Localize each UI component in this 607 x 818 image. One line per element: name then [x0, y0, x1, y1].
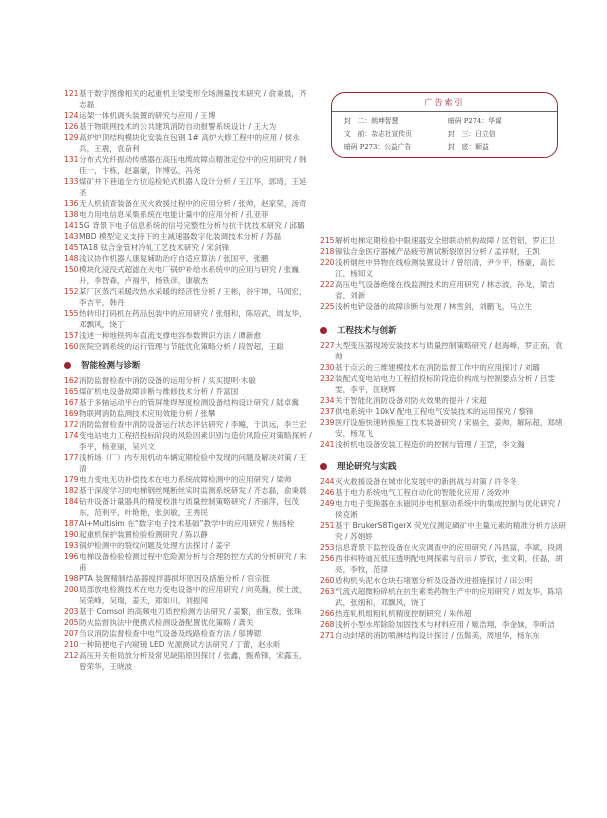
article-title-authors: 医疗设施快速转换施工技术装备研究 / 宋福全，姜帅，解际超，郑绪安，杨龙飞 [335, 418, 563, 438]
page-number: 148 [64, 253, 79, 264]
page-number: 239 [320, 417, 335, 428]
bullet-dot-icon [64, 362, 71, 369]
article-title-authors: 煤矿机电设备故障诊断与维修技术分析 / 乔富国 [79, 387, 238, 396]
toc-entry[interactable]: 220浅析烟丝中异物在线检测装置设计 / 曾绍清，尹少平，杨豪，高长江，杨知义 [320, 257, 570, 279]
section-title: 智能检测与诊断 [81, 359, 141, 371]
page-number: 215 [320, 235, 335, 246]
article-title-authors: 医院空调系统的运行管理与节能优化策略分析 / 段智超，王聪 [79, 342, 284, 351]
toc-entry[interactable]: 162消防监督检查中消防设备的运用分析 / 买买提明·木敏 [64, 375, 314, 386]
article-title-authors: 某厂区蒸汽采暖改热水采暖的经济性分析 / 王彬，谷宇坤，马闻宏，李吉平，韩丹 [79, 287, 307, 307]
article-title-authors: 煤矿井下巷道全方位巡检轮式机器人设计分析 / 王江华，郭琦，王延圣 [79, 177, 307, 197]
article-title-authors: 热转印打码机在药品包装中的应用研究 / 张细和，陈培武，周友华，邓飘风，饶丁 [79, 309, 307, 329]
section-title: 工程技术与创新 [337, 324, 397, 336]
page-number: 263 [320, 586, 335, 597]
toc-group: 227大型变压器现场安装技术与质量控制策略研究 / 赵海峰，罗正南，袁帅230基… [320, 340, 570, 450]
toc-group: 215解析电梯定期检验中限速器安全钳联动机构故障 / 匡哲铝，罗正卫218镍钛合… [320, 235, 570, 312]
toc-entry[interactable]: 136无人机侦查装备在灭火救援过程中的应用分析 / 张帅，赵家荣，汤奇 [64, 198, 314, 209]
ad-item: 暗码 P274：华谋 [448, 115, 548, 127]
toc-entry[interactable]: 271自动封堵的消防喷淋结构设计探讨 / 伍鬓美，周旭华，杨东东 [320, 630, 570, 641]
toc-entry[interactable]: 212高压开关柜局放分析及常见缺陷原因探讨 / 张鑫，甄希锋，宋露玉，曾荣华，王… [64, 650, 314, 672]
article-title-authors: 分布式光纤振动传感器在高压电缆故障点精准定位中的应用研究 / 韩佳一，卞栋，赵嘉… [79, 155, 307, 175]
toc-entry[interactable]: 121基于数字图像相关的起重机主梁变形全场测量技术研究 / 俞秉晨，齐志磊 [64, 88, 314, 110]
page-number: 256 [320, 553, 335, 564]
article-title-authors: 电力用电信息采集系统在电能计量中的应用分析 / 孔亚菲 [79, 210, 269, 219]
toc-entry[interactable]: 157浅述一种地铁列车直流支撑电容参数辨识方法 / 谭新愈 [64, 330, 314, 341]
article-title-authors: 供电系统中 10kV 配电工程电气安装技术的运用探究 / 黎锋 [335, 407, 534, 416]
article-title-authors: 自动封堵的消防喷淋结构设计探讨 / 伍鬓美，周旭华，杨东东 [335, 631, 540, 640]
page-number: 241 [320, 439, 335, 450]
toc-group: 162消防监督检查中消防设备的运用分析 / 买买提明·木敏165煤矿机电设备故障… [64, 375, 314, 672]
page-number: 172 [64, 419, 79, 430]
article-title-authors: 浅议协作机器人康复辅助治疗自适应算法 / 张国平，张鹏 [79, 254, 269, 263]
toc-entry[interactable]: 129高炉炉顶结构模块化安装在包钢 1# 高炉大修工程中的应用 / 侯永兵，王震… [64, 132, 314, 154]
page-number: 179 [64, 474, 79, 485]
toc-entry[interactable]: 251基于 BrukerS8TigerX 荧光仪测定磷矿中主量元素的精准分析方法… [320, 520, 570, 542]
ad-item: 文 前：杂志社宣传页 [344, 128, 448, 140]
page-number: 227 [320, 340, 335, 351]
toc-entry[interactable]: 190起重机保护装置检验检测研究 / 陈以静 [64, 529, 314, 540]
page-number: 246 [320, 487, 335, 498]
article-title-authors: 盾构机头泥水仓块石堵塞分析及设备改进措施探讨 / 田公明 [335, 576, 532, 585]
toc-entry[interactable]: 222高压电气设备绝缘在线监测技术的应用研究 / 林志波，孙龙，梁吉省，刘新 [320, 279, 570, 301]
toc-left-column: 121基于数字图像相关的起重机主梁变形全场测量技术研究 / 俞秉晨，齐志磊124… [64, 88, 314, 672]
toc-entry[interactable]: 152某厂区蒸汽采暖改热水采暖的经济性分析 / 王彬，谷宇坤，马闻宏，李吉平，韩… [64, 286, 314, 308]
toc-entry[interactable]: 187AI+Multisim 在“数字电子技术基础”教学中的应用研究 / 焦扬栓 [64, 518, 314, 529]
toc-entry[interactable]: 230基于点云的三维建模技术在消防监督工作中的应用探讨 / 刘璐 [320, 362, 570, 373]
page-number: 155 [64, 308, 79, 319]
article-title-authors: 气流式超微粉碎机在抗生素类药物生产中的应用研究 / 周友华，陈培武，张细和，邓飘… [335, 587, 563, 607]
page-number: 244 [320, 476, 335, 487]
toc-entry[interactable]: 182基于深度学习的电梯钢丝绳断丝实时监测系统研发 / 齐志磊，俞秉晨 [64, 485, 314, 496]
toc-entry[interactable]: 155热转印打码机在药品包装中的应用研究 / 张细和，陈培武，周友华，邓飘风，饶… [64, 308, 314, 330]
page-number: 143 [64, 231, 79, 242]
page-number: 249 [320, 498, 335, 509]
toc-entry[interactable]: 143MBD 模型定义支持下的主减速器数字化装调技术分析 / 苏磊 [64, 231, 314, 242]
toc-entry[interactable]: 241浅析机电设备安装工程造价的控制与管理 / 王罡，李文瀚 [320, 439, 570, 450]
page-number: 145 [64, 242, 79, 253]
ad-item: 封 三：日立信 [448, 128, 548, 140]
article-title-authors: 高炉炉顶结构模块化安装在包钢 1# 高炉大修工程中的应用 / 侯永兵，王震，袁奋… [79, 133, 300, 153]
toc-entry[interactable]: 196电梯设备检验检测过程中危险源分析与合理防控方式的分析研究 / 朱甫 [64, 551, 314, 573]
article-title-authors: 浅析机电设备安装工程造价的控制与管理 / 王罡，李文瀚 [335, 440, 525, 449]
toc-entry[interactable]: 131分布式光纤振动传感器在高压电缆故障点精准定位中的应用研究 / 韩佳一，卞栋… [64, 154, 314, 176]
toc-entry[interactable]: 200局部放电检测技术在电力变电设备中的应用研究 / 向英瀚，侯士波，吴荣峰，吴… [64, 584, 314, 606]
article-title-authors: 电梯设备检验检测过程中危险源分析与合理防控方式的分析研究 / 朱甫 [79, 552, 307, 572]
bullet-dot-icon [320, 463, 327, 470]
toc-entry[interactable]: 150模块化浸没式超滤在火电厂锅炉补给水系统中的应用与研究 / 张巍升，李智森，… [64, 264, 314, 286]
toc-entry[interactable]: 234关于智能化消防设备对防火效果的提升 / 宋超 [320, 395, 570, 406]
page-number: 232 [320, 373, 335, 384]
toc-entry[interactable]: 184钻井设备计量器具的精度校准与质量控制策略研究 / 齐丽萍，包茂东，范利平，… [64, 496, 314, 518]
section-heading-theory: 理论研究与实践 [320, 460, 570, 472]
page-number: 169 [64, 408, 79, 419]
page-number: 203 [64, 606, 79, 617]
article-title-authors: 消防监督检查中消防设备的运用分析 / 买买提明·木敏 [79, 376, 256, 385]
article-title-authors: 起重机保护装置检验检测研究 / 陈以静 [79, 530, 208, 539]
page-number: 126 [64, 121, 79, 132]
page-number: 198 [64, 573, 79, 584]
article-title-authors: 运架一体机调头装置的研究与应用 / 王博 [79, 111, 215, 120]
page-number: 150 [64, 264, 79, 275]
ad-index-grid: 封 二：朗坤智慧 暗码 P274：华谋 文 前：杂志社宣传页 封 三：日立信 暗… [332, 112, 557, 153]
article-title-authors: 高压开关柜局放分析及常见缺陷原因探讨 / 张鑫，甄希锋，宋露玉，曾荣华，王晓波 [79, 651, 307, 671]
toc-entry[interactable]: 237供电系统中 10kV 配电工程电气安装技术的运用探究 / 黎锋 [320, 406, 570, 417]
article-title-authors: 浅析场（厂）内专用机动车辆定期检验中发现的问题及解决对策 / 王清 [79, 453, 307, 473]
article-title-authors: 5G 背景下电子信息系统的信号完整性分析与抗干扰技术研究 / 邱璐 [79, 221, 305, 230]
page-number: 251 [320, 520, 335, 531]
toc-entry[interactable]: 268浅析小型水库除险加固技术与材料应用 / 姬浩翔，李金妹，李昕洁 [320, 619, 570, 630]
toc-entry[interactable]: 207刍议消防监督检查中电气设备及线路检查方法 / 邬博锶 [64, 628, 314, 639]
toc-entry[interactable]: 244灭火救援设备在城市化发展中的新挑战与对策 / 许冬冬 [320, 476, 570, 487]
toc-entry[interactable]: 172消防监督检查中消防设备运行状态评估研究 / 李飚，于洪远，李兰宏 [64, 419, 314, 430]
article-title-authors: 西非科特迪瓦低压透明配电网探索与启示 / 罗钦，张文莉，任磊，胡亮，李牧，范律 [335, 554, 563, 574]
ad-item: 暗码 P273：公益广告 [344, 141, 448, 153]
section-heading-engineering: 工程技术与创新 [320, 324, 570, 336]
toc-entry[interactable]: 133煤矿井下巷道全方位巡检轮式机器人设计分析 / 王江华，郭琦，王延圣 [64, 176, 314, 198]
toc-entry[interactable]: 1415G 背景下电子信息系统的信号完整性分析与抗干扰技术研究 / 邱璐 [64, 220, 314, 231]
toc-entry[interactable]: 165煤矿机电设备故障诊断与维修技术分析 / 乔富国 [64, 386, 314, 397]
article-title-authors: 电力电子变换器在永磁同步电机驱动系统中的集成控制与优化研究 / 侯克淅 [335, 499, 560, 519]
toc-entry[interactable]: 126基于物联网技术的公共建筑消防自动报警系统设计 / 王大为 [64, 121, 314, 132]
page-number: 162 [64, 375, 79, 386]
article-title-authors: 浅析烟丝中异物在线检测装置设计 / 曾绍清，尹少平，杨豪，高长江，杨知义 [335, 258, 555, 278]
page-number: 136 [64, 198, 79, 209]
toc-entry[interactable]: 260盾构机头泥水仓块石堵塞分析及设备改进措施探讨 / 田公明 [320, 575, 570, 586]
page-number: 234 [320, 395, 335, 406]
toc-entry[interactable]: 210一种简便电子内窥镜 LED 光源测试方法研究 / 丁蕾，赵永昕 [64, 639, 314, 650]
article-title-authors: 防火监督执法中便携式检测设备配置优化策略 / 龚关 [79, 618, 253, 627]
article-title-authors: 镍钛合金医疗器械产品疲劳测试断裂原因分析 / 孟祥财，王凯 [335, 247, 540, 256]
page-number: 187 [64, 518, 79, 529]
toc-entry[interactable]: 218镍钛合金医疗器械产品疲劳测试断裂原因分析 / 孟祥财，王凯 [320, 246, 570, 257]
page-number: 210 [64, 639, 79, 650]
article-title-authors: 刍议消防监督检查中电气设备及线路检查方法 / 邬博锶 [79, 629, 261, 638]
bullet-dot-icon [320, 327, 327, 334]
toc-entry[interactable]: 177浅析场（厂）内专用机动车辆定期检验中发现的问题及解决对策 / 王清 [64, 452, 314, 474]
article-title-authors: 一种简便电子内窥镜 LED 光源测试方法研究 / 丁蕾，赵永昕 [79, 640, 281, 649]
article-title-authors: MBD 模型定义支持下的主减速器数字化装调技术分析 / 苏磊 [79, 232, 281, 241]
page-number: 230 [320, 362, 335, 373]
toc-entry[interactable]: 167基于多轴运动平台的管屏堆焊厚度检测设备结构设计研究 / 陆卓冀 [64, 397, 314, 408]
toc-entry[interactable]: 193锅炉检测中的裂纹问题及处理方法探讨 / 姜宇 [64, 540, 314, 551]
page-number: 218 [320, 246, 335, 257]
toc-entry[interactable]: 249电力电子变换器在永磁同步电机驱动系统中的集成控制与优化研究 / 侯克淅 [320, 498, 570, 520]
article-title-authors: PTA 装置精制结晶器搅拌器损坏原因及措施分析 / 官宗挺 [79, 574, 270, 583]
toc-entry[interactable]: 205防火监督执法中便携式检测设备配置优化策略 / 龚关 [64, 617, 314, 628]
toc-entry[interactable]: 266热连轧机组粗轧机精度控制研究 / 朱伟超 [320, 608, 570, 619]
page-number: 138 [64, 209, 79, 220]
toc-entry[interactable]: 138电力用电信息采集系统在电能计量中的应用分析 / 孔亚菲 [64, 209, 314, 220]
article-title-authors: 物联网消防监测技术应用效能分析 / 张攀 [79, 409, 215, 418]
toc-entry[interactable]: 232装配式变电站电力工程招投标阶段造价构成与控制要点分析 / 吕雯雯，李平，匡… [320, 373, 570, 395]
toc-group: 244灭火救援设备在城市化发展中的新挑战与对策 / 许冬冬246基于电力系统电气… [320, 476, 570, 641]
article-title-authors: 浅析小型水库除险加固技术与材料应用 / 姬浩翔，李金妹，李昕洁 [335, 620, 555, 629]
page-number: 212 [64, 650, 79, 661]
page-number: 268 [320, 619, 335, 630]
page-number: 167 [64, 397, 79, 408]
page-number: 124 [64, 110, 79, 121]
page-number: 160 [64, 341, 79, 352]
article-title-authors: 无人机侦查装备在灭火救援过程中的应用分析 / 张帅，赵家荣，汤奇 [79, 199, 307, 208]
article-title-authors: 大型变压器现场安装技术与质量控制策略研究 / 赵海峰，罗正南，袁帅 [335, 341, 563, 361]
article-title-authors: 信息背景下监控设备在火灾调查中的应用研究 / 冯昌富，李斌，段鸿 [335, 543, 563, 552]
article-title-authors: 灭火救援设备在城市化发展中的新挑战与对策 / 许冬冬 [335, 477, 517, 486]
page-number: 152 [64, 286, 79, 297]
toc-entry[interactable]: 124运架一体机调头装置的研究与应用 / 王博 [64, 110, 314, 121]
page-number: 207 [64, 628, 79, 639]
ad-item: 封 底：顺益 [448, 141, 548, 153]
article-title-authors: 关于智能化消防设备对防火效果的提升 / 宋超 [335, 396, 487, 405]
article-title-authors: 基于点云的三维建模技术在消防监督工作中的应用探讨 / 刘璐 [335, 363, 540, 372]
article-title-authors: 消防监督检查中消防设备运行状态评估研究 / 李飚，于洪远，李兰宏 [79, 420, 307, 429]
article-title-authors: 浅析电铲设备的故障诊断与处理 / 林雪剑，刘鹏飞，马立生 [335, 302, 532, 311]
page-number: 121 [64, 88, 79, 99]
toc-entry[interactable]: 253信息背景下监控设备在火灾调查中的应用研究 / 冯昌富，李斌，段鸿 [320, 542, 570, 553]
article-title-authors: 基于 Comsol 的高频电刀质控检测方法研究 / 姜繁，曲宝敖，张珠 [79, 607, 302, 616]
article-title-authors: 基于电力系统电气工程自动化的智能化应用 / 汤致冲 [335, 488, 509, 497]
toc-entry[interactable]: 198PTA 装置精制结晶器搅拌器损坏原因及措施分析 / 官宗挺 [64, 573, 314, 584]
page-number: 200 [64, 584, 79, 595]
page-number: 182 [64, 485, 79, 496]
page-number: 190 [64, 529, 79, 540]
toc-entry[interactable]: 174变电站电力工程招投标阶段的风险因素识别与造价风险应对策略探析 / 李平，杨… [64, 430, 314, 452]
page-number: 260 [320, 575, 335, 586]
section-heading-intelligent-detection: 智能检测与诊断 [64, 359, 314, 371]
page-number: 196 [64, 551, 79, 562]
page-number: 222 [320, 279, 335, 290]
article-title-authors: 基于数字图像相关的起重机主梁变形全场测量技术研究 / 俞秉晨，齐志磊 [79, 89, 307, 109]
page-number: 177 [64, 452, 79, 463]
toc-entry[interactable]: 215解析电梯定期检验中限速器安全钳联动机构故障 / 匡哲铝，罗正卫 [320, 235, 570, 246]
toc-entry[interactable]: 239医疗设施快速转换施工技术装备研究 / 宋福全，姜帅，解际超，郑绪安，杨龙飞 [320, 417, 570, 439]
article-title-authors: TA18 钛合金管材冷轧工艺技术研究 / 宋剑锋 [79, 243, 229, 252]
article-title-authors: 局部放电检测技术在电力变电设备中的应用研究 / 向英瀚，侯士波，吴荣峰，吴瑞，姜… [79, 585, 307, 605]
article-title-authors: 解析电梯定期检验中限速器安全钳联动机构故障 / 匡哲铝，罗正卫 [335, 236, 555, 245]
toc-entry[interactable]: 148浅议协作机器人康复辅助治疗自适应算法 / 张国平，张鹏 [64, 253, 314, 264]
page-number: 205 [64, 617, 79, 628]
toc-right-column: 215解析电梯定期检验中限速器安全钳联动机构故障 / 匡哲铝，罗正卫218镍钛合… [320, 235, 570, 641]
section-title: 理论研究与实践 [337, 460, 397, 472]
page-number: 133 [64, 176, 79, 187]
page-number: 129 [64, 132, 79, 143]
toc-entry[interactable]: 263气流式超微粉碎机在抗生素类药物生产中的应用研究 / 周友华，陈培武，张细和… [320, 586, 570, 608]
article-title-authors: 钻井设备计量器具的精度校准与质量控制策略研究 / 齐丽萍，包茂东，范利平，叶艳艳… [79, 497, 299, 517]
article-title-authors: 高压电气设备绝缘在线监测技术的应用研究 / 林志波，孙龙，梁吉省，刘新 [335, 280, 555, 300]
article-title-authors: 电力变电无功补偿技术在电力系统故障检测中的应用研究 / 梁帅 [79, 475, 291, 484]
article-title-authors: 基于 BrukerS8TigerX 荧光仪测定磷矿中主量元素的精准分析方法研究 … [335, 521, 566, 541]
toc-entry[interactable]: 203基于 Comsol 的高频电刀质控检测方法研究 / 姜繁，曲宝敖，张珠 [64, 606, 314, 617]
article-title-authors: 装配式变电站电力工程招投标阶段造价构成与控制要点分析 / 吕雯雯，李平，匡晓辉 [335, 374, 555, 394]
toc-entry[interactable]: 145TA18 钛合金管材冷轧工艺技术研究 / 宋剑锋 [64, 242, 314, 253]
page-number: 220 [320, 257, 335, 268]
page-number: 174 [64, 430, 79, 441]
ad-index-box: 广告索引 封 二：朗坤智慧 暗码 P274：华谋 文 前：杂志社宣传页 封 三：… [331, 92, 558, 158]
ad-index-title: 广告索引 [332, 93, 557, 112]
ad-item: 封 二：朗坤智慧 [344, 115, 448, 127]
toc-group: 121基于数字图像相关的起重机主梁变形全场测量技术研究 / 俞秉晨，齐志磊124… [64, 88, 314, 352]
page-number: 131 [64, 154, 79, 165]
page-number: 266 [320, 608, 335, 619]
page-number: 253 [320, 542, 335, 553]
toc-entry[interactable]: 225浅析电铲设备的故障诊断与处理 / 林雪剑，刘鹏飞，马立生 [320, 301, 570, 312]
page-number: 237 [320, 406, 335, 417]
article-title-authors: 热连轧机组粗轧机精度控制研究 / 朱伟超 [335, 609, 471, 618]
article-title-authors: AI+Multisim 在“数字电子技术基础”教学中的应用研究 / 焦扬栓 [79, 519, 294, 528]
article-title-authors: 基于多轴运动平台的管屏堆焊厚度检测设备结构设计研究 / 陆卓冀 [79, 398, 299, 407]
article-title-authors: 模块化浸没式超滤在火电厂锅炉补给水系统中的应用与研究 / 张巍升，李智森，卢福平… [79, 265, 299, 285]
toc-entry[interactable]: 179电力变电无功补偿技术在电力系统故障检测中的应用研究 / 梁帅 [64, 474, 314, 485]
page-number: 157 [64, 330, 79, 341]
page-number: 271 [320, 630, 335, 641]
toc-entry[interactable]: 246基于电力系统电气工程自动化的智能化应用 / 汤致冲 [320, 487, 570, 498]
page-number: 225 [320, 301, 335, 312]
toc-entry[interactable]: 169物联网消防监测技术应用效能分析 / 张攀 [64, 408, 314, 419]
article-title-authors: 浅述一种地铁列车直流支撑电容参数辨识方法 / 谭新愈 [79, 331, 261, 340]
article-title-authors: 变电站电力工程招投标阶段的风险因素识别与造价风险应对策略探析 / 李平，杨亚丽，… [79, 431, 312, 451]
toc-entry[interactable]: 160医院空调系统的运行管理与节能优化策略分析 / 段智超，王聪 [64, 341, 314, 352]
article-title-authors: 基于物联网技术的公共建筑消防自动报警系统设计 / 王大为 [79, 122, 276, 131]
page-number: 165 [64, 386, 79, 397]
article-title-authors: 基于深度学习的电梯钢丝绳断丝实时监测系统研发 / 齐志磊，俞秉晨 [79, 486, 307, 495]
toc-entry[interactable]: 227大型变压器现场安装技术与质量控制策略研究 / 赵海峰，罗正南，袁帅 [320, 340, 570, 362]
page-number: 141 [64, 220, 79, 231]
page-number: 184 [64, 496, 79, 507]
toc-entry[interactable]: 256西非科特迪瓦低压透明配电网探索与启示 / 罗钦，张文莉，任磊，胡亮，李牧，… [320, 553, 570, 575]
page-number: 193 [64, 540, 79, 551]
article-title-authors: 锅炉检测中的裂纹问题及处理方法探讨 / 姜宇 [79, 541, 231, 550]
